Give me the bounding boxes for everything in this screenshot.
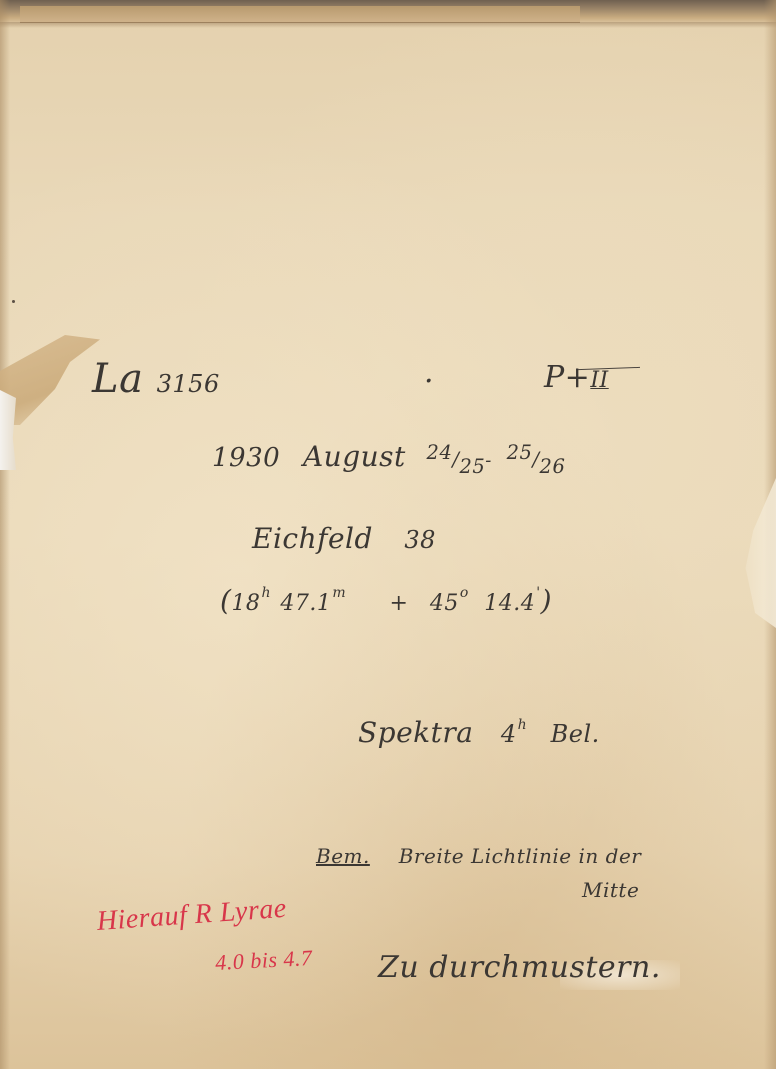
top-crease [0,22,776,28]
observation-date: 1930 August 24/25- 25/26 [212,440,565,473]
dec-sign: + [390,591,409,616]
open-paren: ( [220,584,231,617]
left-edge [0,0,10,1069]
plate-code-main: P+ [544,360,590,395]
ra-minutes-unit: m [332,585,346,601]
catalog-id: La 3156 [92,356,220,402]
field-name: Eichfeld [252,522,373,555]
night-2-den: 26 [540,455,566,478]
coordinates: (18h 47.1m + 45o 14.4') [220,584,552,617]
catalog-prefix: La [92,356,143,402]
plate-code-roman: II [590,368,608,393]
dec-degrees-unit: o [460,585,469,601]
night-dash: - [485,450,492,471]
night-2-num: 25 [507,441,533,464]
ra-minutes: 47.1 [280,591,331,616]
exposure: Spektra 4h Bel. [358,716,600,749]
night-2: 25/26 [507,448,566,471]
ra-hours-unit: h [261,585,271,601]
field-number: 38 [404,526,436,554]
red-note-line-2: 4.0 bis 4.7 [215,945,313,976]
instruction-text: Zu durchmustern. [378,950,661,985]
exposure-value: 4 [501,720,517,748]
observation-year: 1930 [212,443,280,473]
night-1: 24/25 [427,448,486,471]
remark-prefix: Bem. [316,844,370,868]
top-fold [20,6,580,23]
ink-speck [12,300,15,303]
exposure-unit: h [518,717,528,733]
remark-line-2: Mitte [582,878,639,902]
remark-line-1: Breite Lichtlinie in der [399,844,642,868]
close-paren: ) [541,584,552,617]
field-label: Eichfeld 38 [252,522,436,555]
dec-degrees: 45 [430,591,459,616]
separator-dot: · [424,364,434,399]
night-1-num: 24 [427,441,453,464]
ra-hours: 18 [231,591,260,616]
remark: Bem. Breite Lichtlinie in der [316,844,641,868]
exposure-suffix: Bel. [551,720,600,748]
observation-month: August [303,440,406,473]
night-1-den: 25 [459,455,485,478]
catalog-number: 3156 [157,370,220,398]
exposure-label: Spektra [358,716,473,749]
plate-code: P+II [544,360,609,395]
dec-minutes: 14.4 [484,591,535,616]
